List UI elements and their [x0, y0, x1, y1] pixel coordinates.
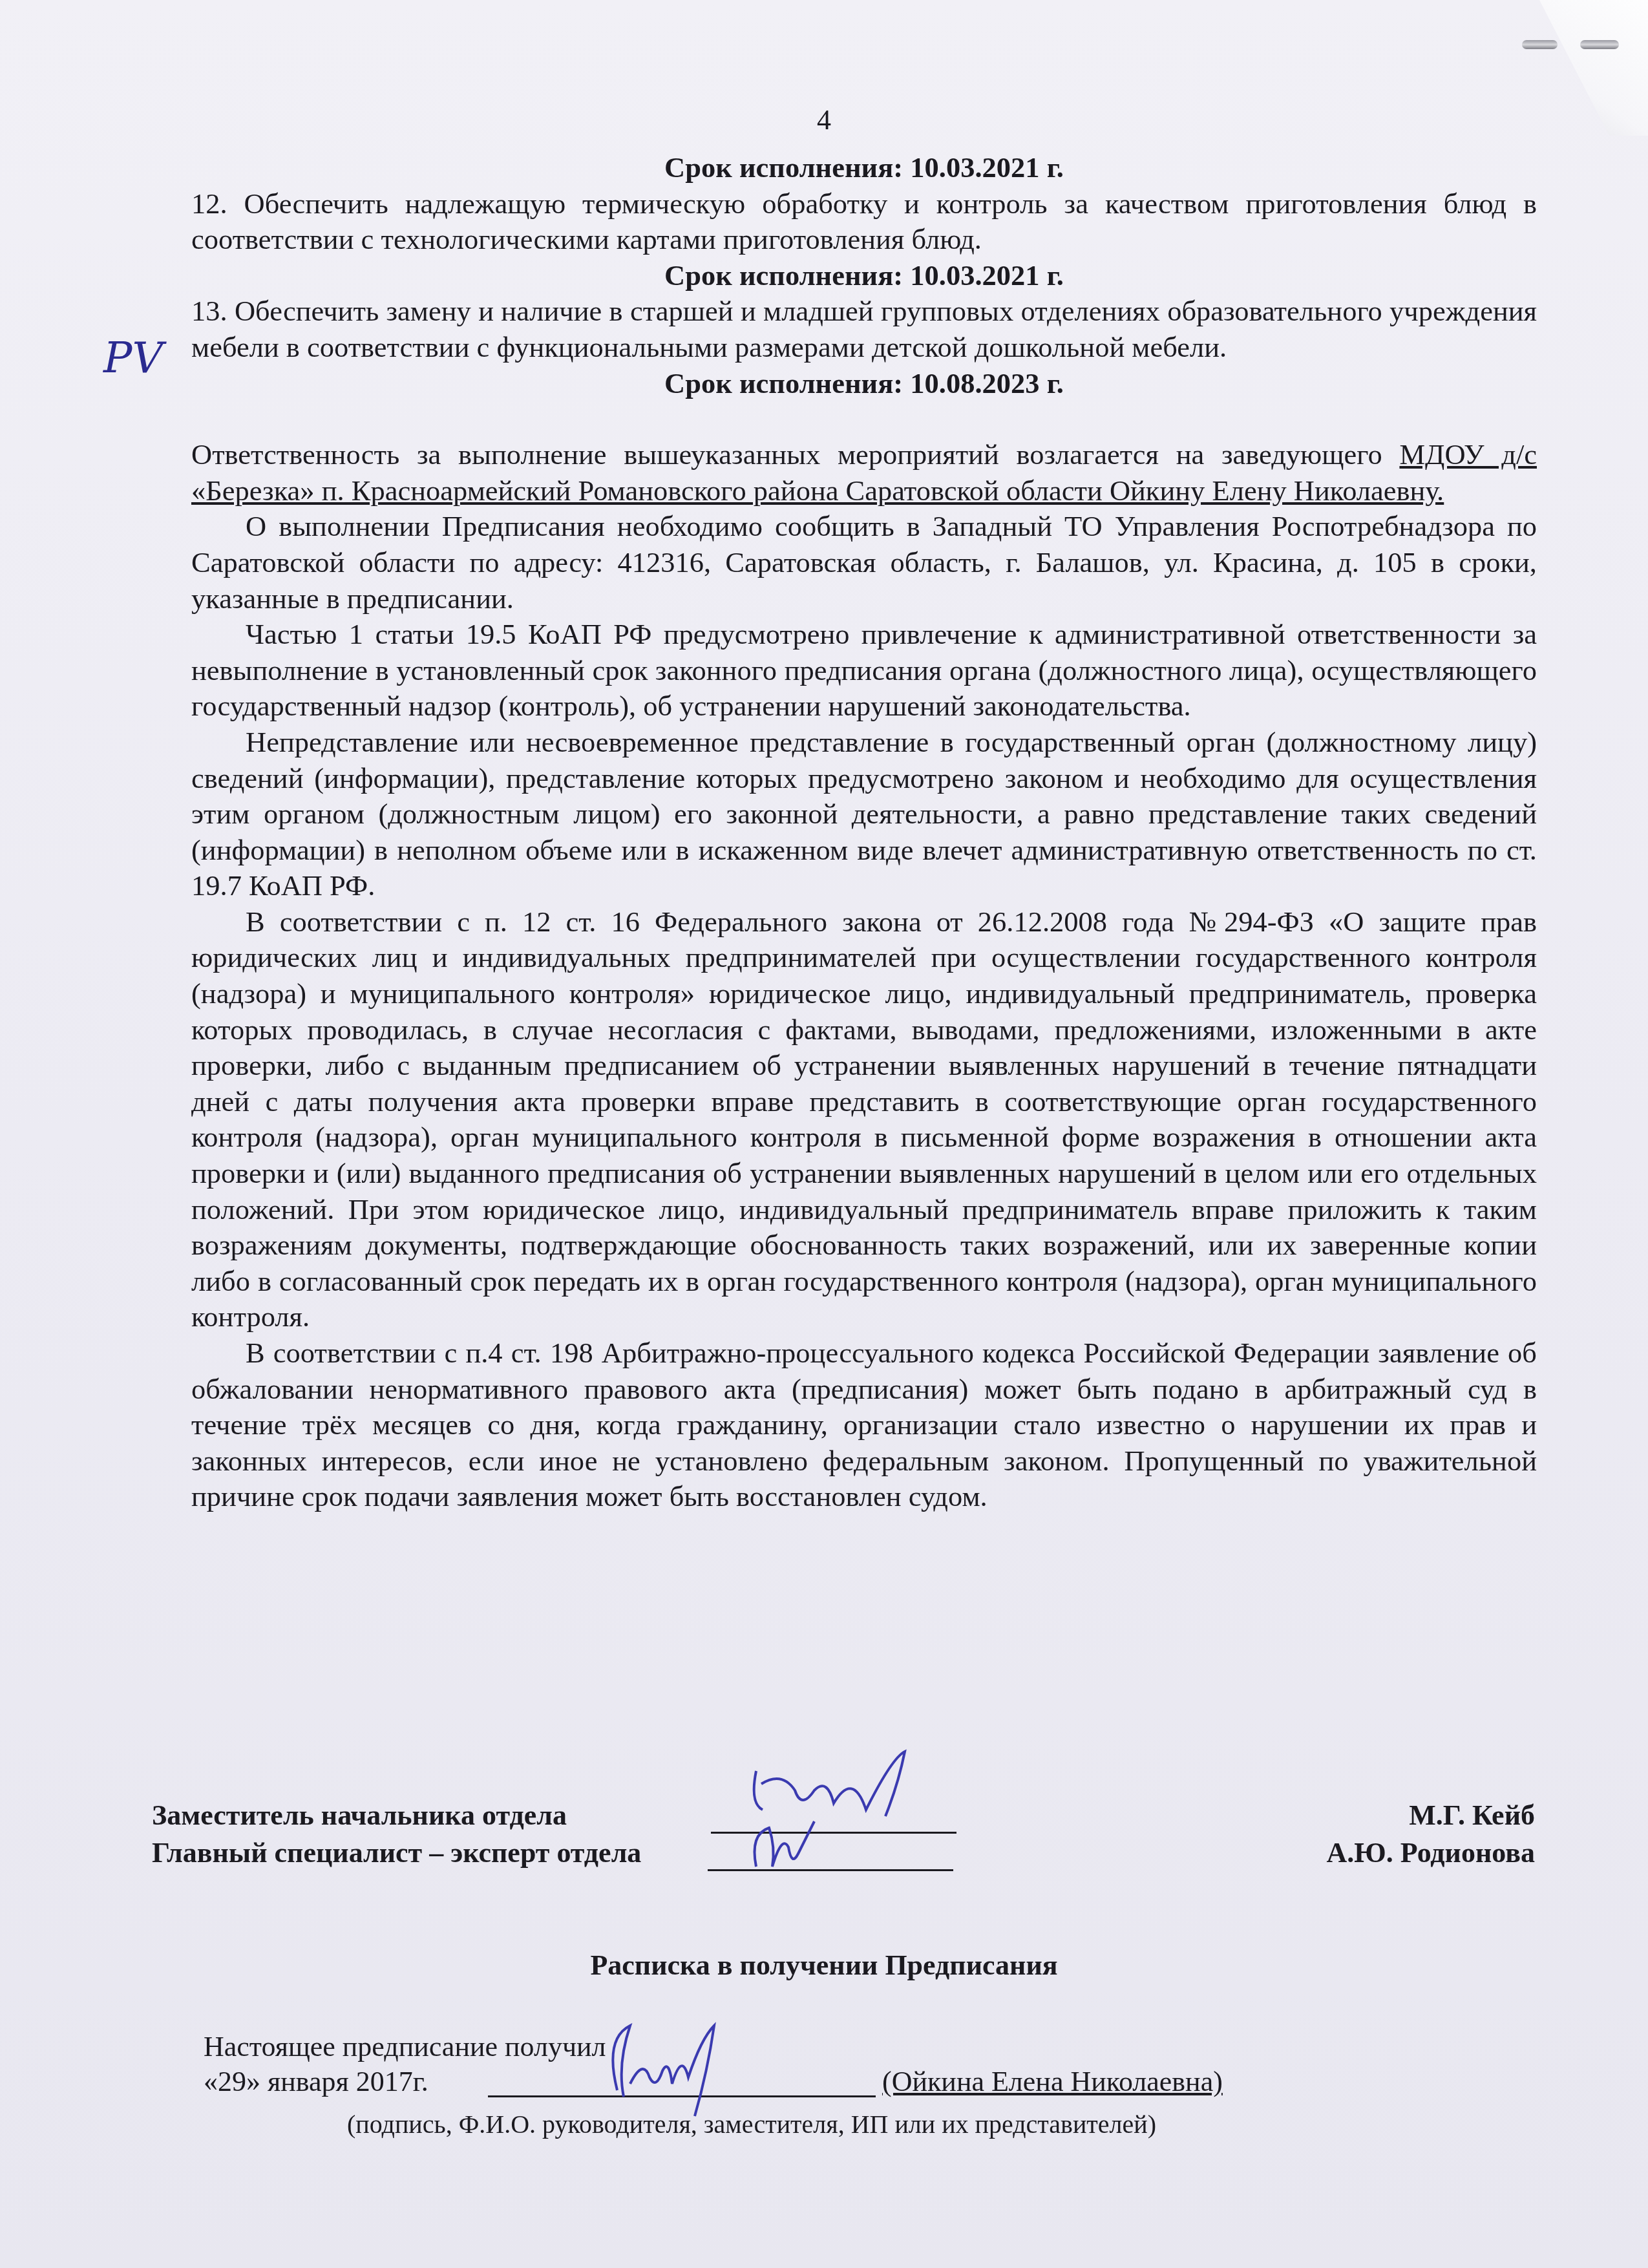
signature-row: Заместитель начальника отдела М.Г. Кейб: [152, 1797, 1535, 1834]
responsibility-prefix: Ответственность за выполнение вышеуказан…: [191, 438, 1399, 471]
signature-block: Заместитель начальника отдела М.Г. Кейб …: [152, 1797, 1535, 1872]
signature-caption: (подпись, Ф.И.О. руководителя, заместите…: [347, 2107, 1156, 2142]
paragraph-koap-19-5: Частью 1 статьи 19.5 КоАП РФ предусмотре…: [191, 617, 1537, 725]
staple-icon: [1522, 40, 1558, 49]
paragraph-294-fz: В соответствии с п. 12 ст. 16 Федерально…: [191, 904, 1537, 1335]
signer-name: М.Г. Кейб: [1409, 1797, 1535, 1834]
receipt-date: «29» января 2017г.: [204, 2066, 428, 2097]
signer-role: Главный специалист – эксперт отдела: [152, 1834, 641, 1872]
paragraph-koap-19-7: Непредставление или несвоевременное пред…: [191, 725, 1537, 904]
responsibility-paragraph: Ответственность за выполнение вышеуказан…: [191, 437, 1537, 509]
receipt-section: Настоящее предписание получил «29» январ…: [204, 2030, 1496, 2099]
deadline: Срок исполнения: 10.08.2023 г.: [191, 366, 1537, 402]
signature-row: Главный специалист – эксперт отдела А.Ю.…: [152, 1834, 1535, 1872]
item-13: 13. Обеспечить замену и наличие в старше…: [191, 293, 1537, 365]
signer-name: А.Ю. Родионова: [1327, 1834, 1535, 1872]
paragraph-report: О выполнении Предписания необходимо сооб…: [191, 509, 1537, 617]
deadline: Срок исполнения: 10.03.2021 г.: [191, 258, 1537, 294]
item-12: 12. Обеспечить надлежащую термическую об…: [191, 186, 1537, 258]
receipt-line: Настоящее предписание получил: [204, 2030, 1496, 2064]
handwritten-signature-icon: [591, 2013, 734, 2123]
recipient-name: (Ойкина Елена Николаевна): [882, 2064, 1223, 2099]
deadline: Срок исполнения: 10.03.2021 г.: [191, 150, 1537, 186]
staple-icon: [1580, 40, 1619, 49]
receipt-date-row: «29» января 2017г. (Ойкина Елена Николае…: [204, 2064, 1496, 2099]
handwritten-margin-note: PV: [103, 333, 163, 383]
page-number: 4: [0, 103, 1648, 136]
document-page: 4 PV Срок исполнения: 10.03.2021 г. 12. …: [0, 0, 1648, 2268]
receipt-title: Расписка в получении Предписания: [0, 1949, 1648, 1982]
paragraph-apk-198: В соответствии с п.4 ст. 198 Арбитражно-…: [191, 1335, 1537, 1515]
document-body: Срок исполнения: 10.03.2021 г. 12. Обесп…: [191, 150, 1537, 1515]
handwritten-signature-icon: [743, 1808, 834, 1873]
signer-role: Заместитель начальника отдела: [152, 1797, 567, 1834]
